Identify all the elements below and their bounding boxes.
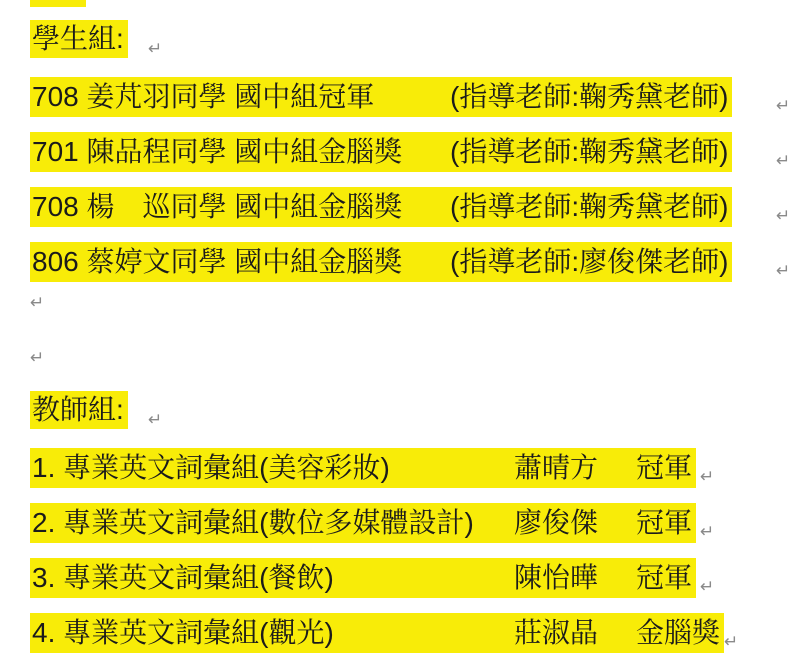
teacher-row-name: 莊淑晶 — [514, 613, 636, 653]
student-row: 708 楊 巡同學 國中組金腦獎 (指導老師:鞠秀黛老師) — [30, 187, 732, 227]
student-row-left: 708 姜芃羽同學 國中組冠軍 — [32, 77, 450, 117]
paragraph-mark: ↵ — [148, 39, 162, 59]
paragraph-mark: ↵ — [30, 293, 44, 313]
paragraph-mark: ↵ — [776, 96, 790, 116]
teacher-row-category: 1. 專業英文詞彙組(美容彩妝) — [32, 448, 514, 488]
paragraph-mark: ↵ — [776, 261, 790, 281]
paragraph-mark: ↵ — [30, 348, 44, 368]
student-row-right: (指導老師:鞠秀黛老師) — [450, 132, 728, 172]
teacher-row-name: 陳怡曄 — [514, 558, 636, 598]
student-row: 701 陳品程同學 國中組金腦獎 (指導老師:鞠秀黛老師) — [30, 132, 732, 172]
student-row-right: (指導老師:廖俊傑老師) — [450, 242, 728, 282]
document-page: 學生組: ↵ 708 姜芃羽同學 國中組冠軍 (指導老師:鞠秀黛老師) ↵ 70… — [0, 0, 800, 654]
teacher-row-category: 2. 專業英文詞彙組(數位多媒體設計) — [32, 503, 514, 543]
student-section-heading: 學生組: — [30, 20, 128, 58]
teacher-row: 1. 專業英文詞彙組(美容彩妝) 蕭晴方 冠軍 — [30, 448, 696, 488]
teacher-row: 4. 專業英文詞彙組(觀光) 莊淑晶 金腦獎 — [30, 613, 724, 653]
paragraph-mark: ↵ — [700, 522, 714, 542]
teacher-heading-text: 教師組: — [32, 394, 124, 425]
paragraph-mark: ↵ — [776, 206, 790, 226]
clipped-highlight-strip — [30, 0, 86, 7]
paragraph-mark: ↵ — [148, 410, 162, 430]
teacher-row-award: 金腦獎 — [636, 613, 720, 653]
paragraph-mark: ↵ — [776, 151, 790, 171]
student-row-right: (指導老師:鞠秀黛老師) — [450, 187, 728, 227]
teacher-section-heading: 教師組: — [30, 391, 128, 429]
teacher-row-name: 蕭晴方 — [514, 448, 636, 488]
teacher-row-award: 冠軍 — [636, 448, 692, 488]
teacher-row-award: 冠軍 — [636, 503, 692, 543]
student-row-right: (指導老師:鞠秀黛老師) — [450, 77, 728, 117]
student-heading-text: 學生組: — [32, 23, 124, 54]
paragraph-mark: ↵ — [724, 632, 738, 652]
teacher-row-category: 3. 專業英文詞彙組(餐飲) — [32, 558, 514, 598]
teacher-row: 2. 專業英文詞彙組(數位多媒體設計) 廖俊傑 冠軍 — [30, 503, 696, 543]
teacher-row: 3. 專業英文詞彙組(餐飲) 陳怡曄 冠軍 — [30, 558, 696, 598]
paragraph-mark: ↵ — [700, 577, 714, 597]
paragraph-mark: ↵ — [700, 467, 714, 487]
student-row-left: 701 陳品程同學 國中組金腦獎 — [32, 132, 450, 172]
teacher-row-category: 4. 專業英文詞彙組(觀光) — [32, 613, 514, 653]
student-row: 708 姜芃羽同學 國中組冠軍 (指導老師:鞠秀黛老師) — [30, 77, 732, 117]
student-row-left: 708 楊 巡同學 國中組金腦獎 — [32, 187, 450, 227]
student-row-left: 806 蔡婷文同學 國中組金腦獎 — [32, 242, 450, 282]
teacher-row-name: 廖俊傑 — [514, 503, 636, 543]
teacher-row-award: 冠軍 — [636, 558, 692, 598]
student-row: 806 蔡婷文同學 國中組金腦獎 (指導老師:廖俊傑老師) — [30, 242, 732, 282]
